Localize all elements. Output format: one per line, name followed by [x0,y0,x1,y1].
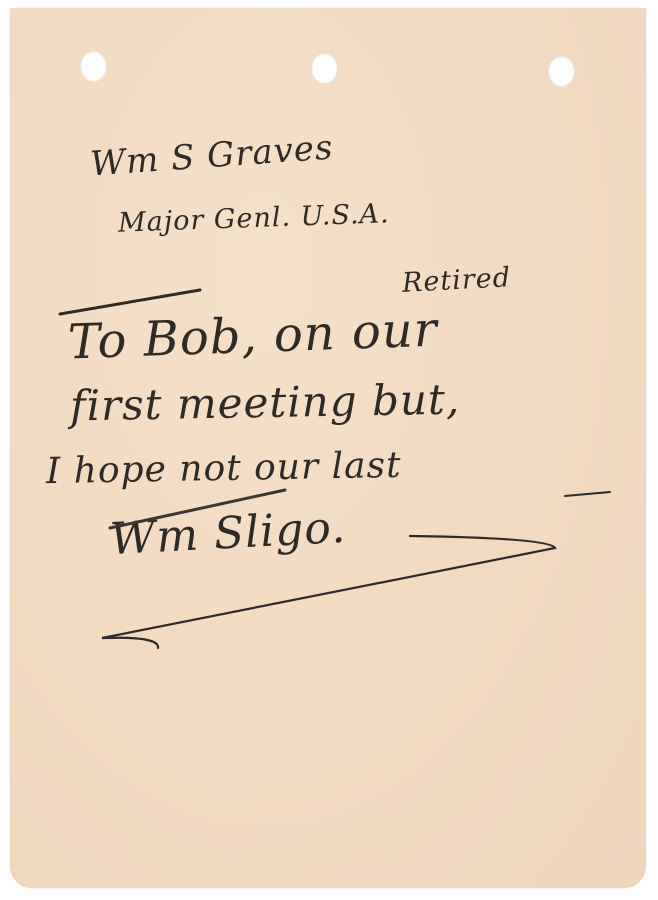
autograph-page: Wm S Graves Major Genl. U.S.A. Retired T… [10,8,646,888]
signature-flourish [10,8,646,888]
